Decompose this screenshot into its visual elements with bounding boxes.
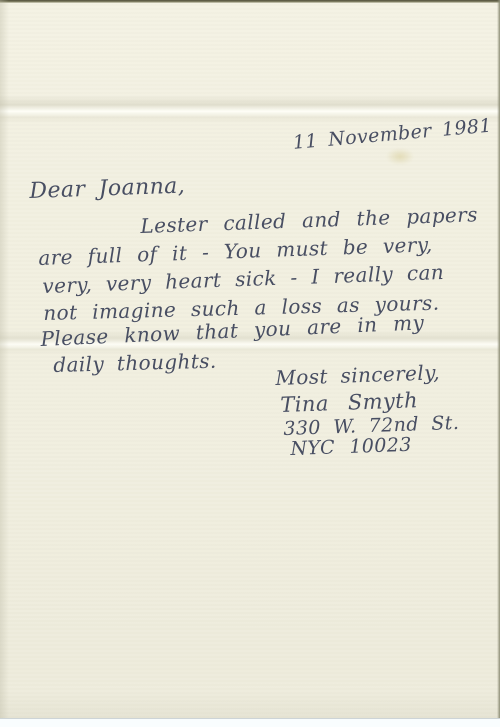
signature-name: Tina Smyth	[280, 388, 418, 417]
scan-edge-top	[0, 0, 500, 3]
letter-page: 11 November 1981 Dear Joanna, Lester cal…	[0, 0, 500, 727]
letter-closing: Most sincerely,	[275, 360, 440, 390]
body-line: daily thoughts.	[53, 349, 217, 377]
letter-salutation: Dear Joanna,	[29, 174, 185, 204]
paper-stain	[386, 148, 414, 165]
fold-crease-top	[0, 95, 500, 123]
scan-edge-left	[0, 0, 9, 727]
scan-bottom-shading	[0, 689, 500, 719]
signature-address-line: NYC 10023	[290, 434, 412, 460]
scan-edge-bottom	[0, 718, 500, 727]
